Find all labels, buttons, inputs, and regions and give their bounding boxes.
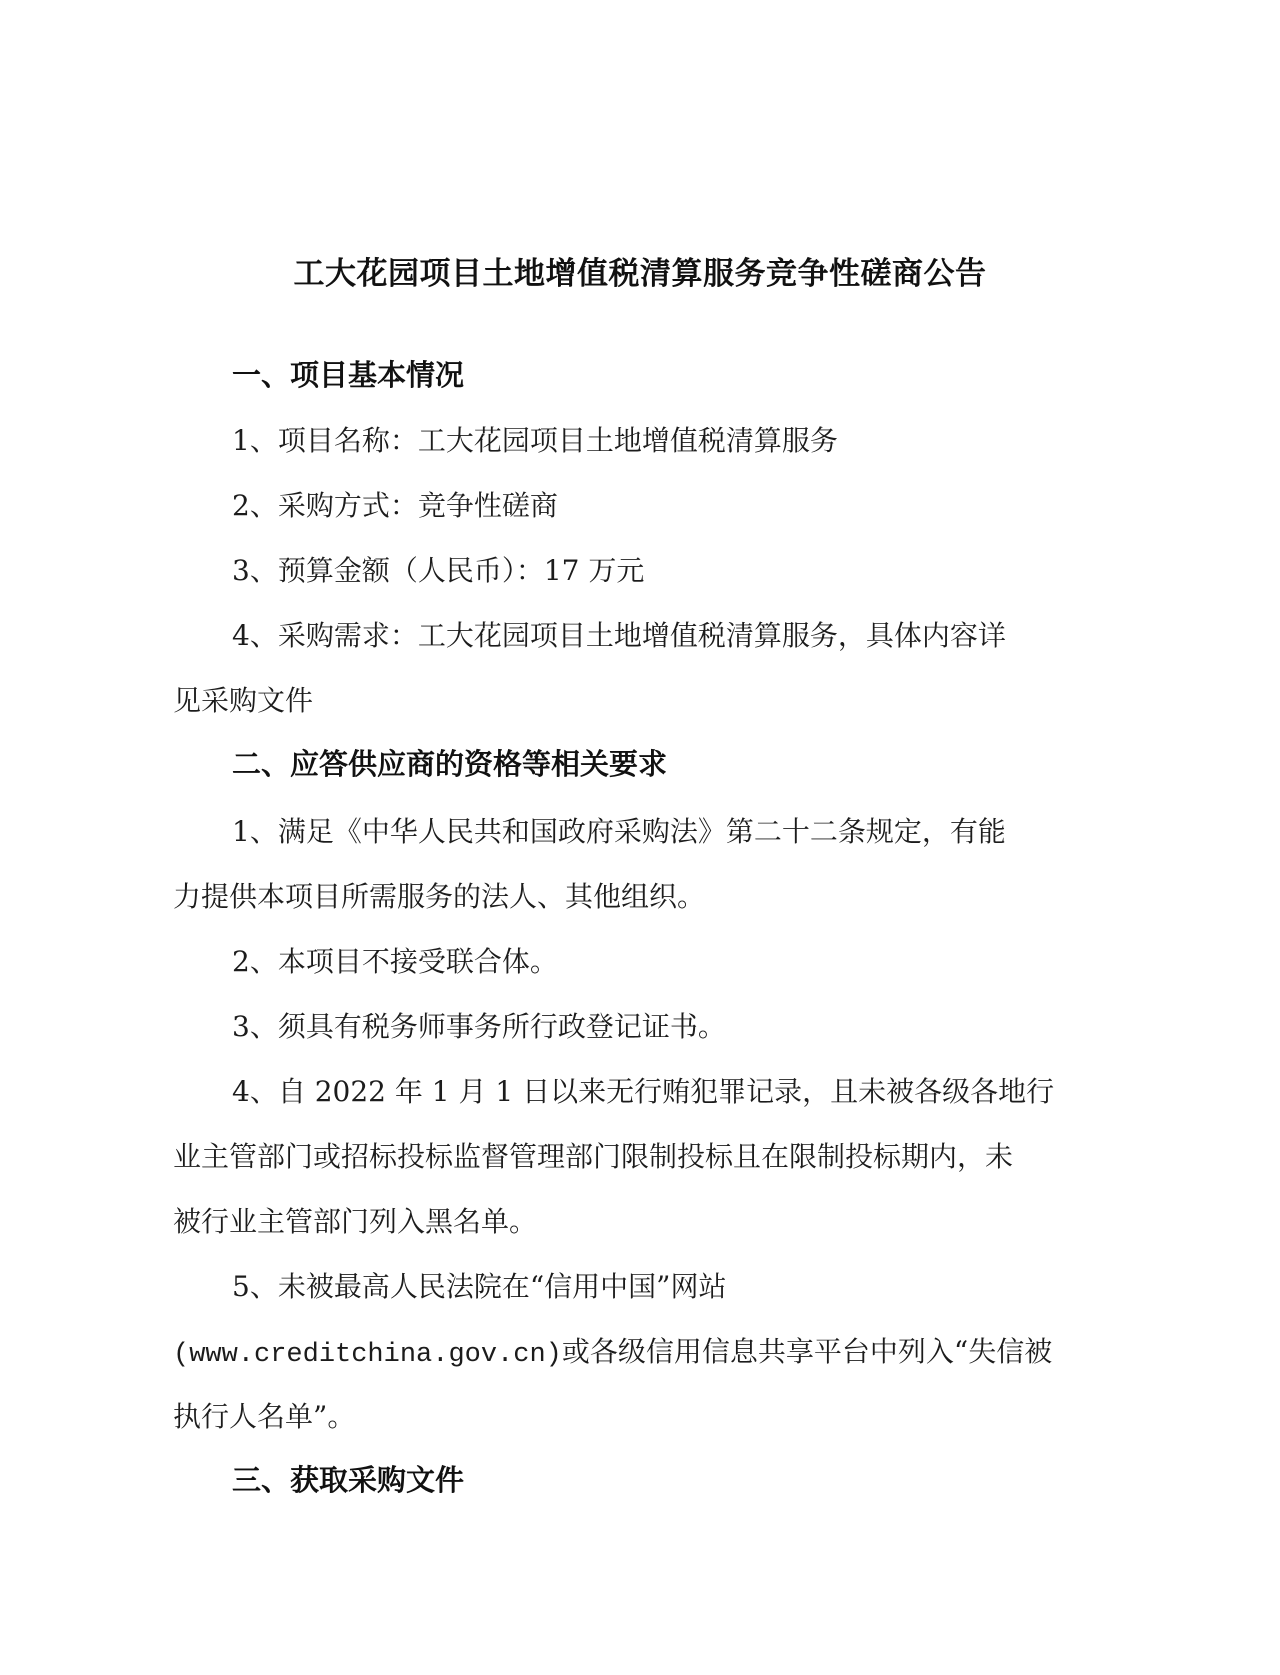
item-qual-1-cont: 力提供本项目所需服务的法人、其他组织。 <box>173 880 705 914</box>
item-qual-3: 3、须具有税务师事务所行政登记证书。 <box>232 1010 726 1044</box>
document-title: 工大花园项目土地增值税清算服务竞争性磋商公告 <box>0 248 1280 293</box>
item-qual-4-cont2: 被行业主管部门列入黑名单。 <box>173 1205 537 1239</box>
item-qual-5-cont2: 执行人名单”。 <box>173 1400 355 1434</box>
item-qual-2: 2、本项目不接受联合体。 <box>232 945 558 979</box>
item-qual-1: 1、满足《中华人民共和国政府采购法》第二十二条规定，有能 <box>232 815 1006 849</box>
item-qual-4: 4、自 2022 年 1 月 1 日以来无行贿犯罪记录，且未被各级各地行 <box>232 1075 1054 1109</box>
item-requirements-cont: 见采购文件 <box>173 684 313 718</box>
document-page: 工大花园项目土地增值税清算服务竞争性磋商公告 一、项目基本情况 1、项目名称：工… <box>0 0 1280 1675</box>
item-qual-5-cont1-text: 或各级信用信息共享平台中列入“失信被 <box>562 1335 1052 1368</box>
section-heading-qualifications: 二、应答供应商的资格等相关要求 <box>232 747 667 781</box>
item-budget: 3、预算金额（人民币）：17 万元 <box>232 554 644 588</box>
section-heading-obtain-documents: 三、获取采购文件 <box>232 1463 464 1497</box>
item-qual-4-cont1: 业主管部门或招标投标监督管理部门限制投标且在限制投标期内，未 <box>173 1140 1013 1174</box>
item-project-name: 1、项目名称：工大花园项目土地增值税清算服务 <box>232 424 838 458</box>
section-heading-basic-info: 一、项目基本情况 <box>232 358 464 392</box>
creditchina-url: (www.creditchina.gov.cn) <box>173 1340 562 1370</box>
item-qual-5: 5、未被最高人民法院在“信用中国”网站 <box>232 1270 726 1304</box>
item-requirements: 4、采购需求：工大花园项目土地增值税清算服务，具体内容详 <box>232 619 1006 653</box>
item-procurement-method: 2、采购方式：竞争性磋商 <box>232 489 558 523</box>
item-qual-5-cont1: (www.creditchina.gov.cn)或各级信用信息共享平台中列入“失… <box>173 1335 1052 1372</box>
